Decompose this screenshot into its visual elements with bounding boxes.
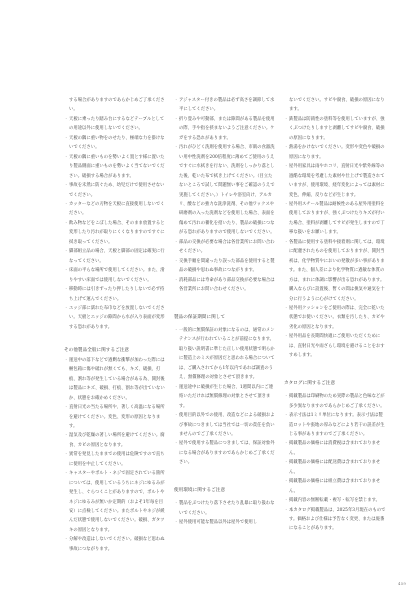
notice-item: ・汚れがひどく洗剤を使用する場合、市販の食器洗い用中性洗剤を200倍程度に薄めて… [174,143,276,238]
notice-item: ・鉄製品は防錆性の塗料等を使用していますが、強くぶつけたりしますと剥離してサビや… [284,115,386,143]
notice-text: 屋外用品を長期間快適にご使用いただくためには、直射日光や雨ざらし環境を避けること… [289,334,385,358]
bullet-icon: ・ [284,477,288,486]
bullet-icon: ・ [64,450,68,459]
notice-text: 使用目的以外での使用、改造などによる破損および事故につきましては当社では一切の責… [179,413,275,437]
bullet-icon: ・ [64,181,68,190]
page-number: 459 [398,581,406,586]
bullet-icon: ・ [64,403,68,412]
notice-item: ・カッターなどの刃物を天板に直接使用しないでください。 [64,200,166,219]
notice-text: 天板の隅に重い物をのせたり、極端な力を掛けないでください。 [69,136,165,150]
notice-item: ・屋外用スチール製品は耐候性のある屋外用塗料を使用しておりますが、強くぶつけたり… [284,200,386,238]
bullet-icon: ・ [64,285,68,294]
bullet-icon: ・ [64,356,68,365]
notice-text: 床面の平らな場所で使用してください。また、滑りやすい床面では使用しないでください… [69,268,165,282]
notice-item: ・掲載製品は印刷物のため実際の製品と色味などが多少異なりますのであらかじめご了承… [284,392,386,411]
notice-item: ・エッジ部に濡れた布巾などを放置しないでください。天板とエッジの隙間から水が入り… [64,304,166,332]
bullet-icon: ・ [284,200,288,209]
notice-text: 掲載製品の価格には配送費は含まれておりません。 [289,460,380,474]
catalog-notes-page: する場合がありますのであらかじめご了承ください。・天板に乗ったり踏み台にするなど… [0,0,420,594]
bullet-icon: ・ [284,162,288,171]
notice-item: ・移動時には引きずったり押したりしないで必ず持ち上げて運んでください。 [64,285,166,304]
notice-item: ・床面の平らな場所で使用してください。また、滑りやすい床面では使用しないでくださ… [64,266,166,285]
bullet-icon: ・ [64,304,68,313]
bullet-icon: ・ [284,496,288,505]
bullet-icon: ・ [284,506,288,515]
notice-continuation: する場合がありますのであらかじめご了承ください。 [64,96,166,115]
bullet-icon: ・ [284,411,288,420]
notice-item: ・掲載製品の価格には配送費は含まれておりません。 [284,458,386,477]
bullet-icon: ・ [64,469,68,478]
notice-item: ・キャスターやボルト・ネジで固定されている箇所については、使用しているうちにネジ… [64,469,166,535]
notice-item: ・本カタログ掲載製品は、2025年3月現在のものです。価格および仕様は予告なく変… [284,506,386,534]
notice-item: ・事故を未然に防ぐため、幼児だけで使用させないでください。 [64,181,166,200]
notice-text: アジャスター付きの製品は必ず高さを調節して水平にしてください。 [179,98,274,112]
bullet-icon: ・ [174,96,178,105]
notice-text: 飲み物などをこぼした場合、そのまま放置すると変形したり汚れが取りにくくなりますの… [69,221,165,245]
notice-item: ・表示寸法は1ミリ単位になります。表示寸法は製造ロットや張地の厚みなどにより若干… [284,411,386,439]
notice-item: ・天板に乗ったり踏み台にするなどテーブルとしての用途以外に使用しないでください。 [64,115,166,134]
notice-text: する場合がありますのであらかじめご了承ください。 [69,98,165,112]
notice-text: 本カタログ掲載製品は、2025年3月現在のものです。価格および仕様は予告なく変更… [289,508,386,532]
bullet-icon: ・ [174,238,178,247]
bullet-icon: ・ [64,115,68,124]
notice-item: ・折り畳みや可動部、または隙間がある製品を使用の際、手や指を挟まないようご注意く… [174,115,276,143]
notice-text: 脚部組立品の場合、天板と脚部の固定は確実に行なってください。 [69,249,165,263]
section-heading: 使用環境に関するご注意 [174,486,276,495]
bullet-icon: ・ [174,257,178,266]
notice-text: 掲載製品の価格には消費税は含まれておりません。 [289,441,380,455]
bullet-icon: ・ [64,134,68,143]
notice-text: 移動時には引きずったり押したりしないで必ず持ち上げて運んでください。 [69,287,164,301]
notice-item: ・分解や改造はしないでください。破損など思わぬ事故につながります。 [64,535,166,554]
notice-item: ・部品の交換が必要な場合は各営業所にお問い合わせください。 [174,238,276,257]
notice-text: 屋外使用可能な製品以外は屋外で使用し [179,520,257,525]
notice-item: ・天板の隅に重いものを勢いよく置とす様に置いたり製品側面に重いものを勢いよく当て… [64,153,166,181]
notice-item: ・屋外用家具は雨やホコリ、直射日光や紫外線等の過酷な環境を考慮した素材や仕上げで… [284,162,386,200]
notice-item: ・湿気及び乾燥の著しい場所を避けてください。腐食、カビの原因となります。 [64,431,166,450]
notice-text: 異常を発見したままでの使用は危険ですので直ちに使用を中止してください。 [69,452,165,466]
section-heading: その他製品全般に関するご注意 [64,346,166,355]
notice-item: ・飲み物などをこぼした場合、そのまま放置すると変形したり汚れが取りにくくなります… [64,219,166,247]
section-spacer [64,332,166,346]
bullet-icon: ・ [284,392,288,401]
notice-text: 天板の隅に重いものを勢いよく置とす様に置いたり製品側面に重いものを勢いよく当てな… [69,155,165,179]
notice-text: 折り畳みや可動部、または隙間がある製品を使用の際、手や指を挟まないようご注意くだ… [179,117,275,141]
bullet-icon: ・ [284,143,288,152]
notice-item: ・交換手順を間違ったり誤った部品を使用すると製品の破損や思わぬ事故につながります… [174,257,276,276]
bullet-icon: ・ [284,115,288,124]
bullet-icon: ・ [284,332,288,341]
notice-text: 部品の交換が必要な場合は各営業所にお問い合わせください。 [179,240,275,254]
notice-continuation: ないでください。サビや腐食、破損の原因になります。 [284,96,386,115]
bullet-icon: ・ [174,499,178,508]
notice-text: 事故を未然に防ぐため、幼児だけで使用させないでください。 [69,183,164,197]
bullet-icon: ・ [64,219,68,228]
bullet-icon: ・ [64,266,68,275]
bullet-icon: ・ [174,439,178,448]
notice-text: 取り扱い説明書に準じた正しい使用状態で明らかに製造上のミスが原因だと思われる場合… [179,347,275,380]
notice-text: 表示寸法は1ミリ単位になります。表示寸法は製造ロットや張地の厚みなどにより若干の… [289,413,385,437]
bullet-icon: ・ [174,411,178,420]
bullet-icon: ・ [64,431,68,440]
notice-text: 熱湯をかけないでください。変形や変色や破損の原因になります。 [289,145,385,159]
notice-text: ないでください。サビや腐食、破損の原因になります。 [289,98,385,112]
notice-item: ・熱湯をかけないでください。変形や変色や破損の原因になります。 [284,143,386,162]
notice-item: ・掲載製品の価格には組立費は含まれておりません。 [284,477,386,496]
notice-text: 屋外で使用する製品につきましては、保証対象外になる場合がありますのであらかじめご… [179,441,275,465]
bullet-icon: ・ [174,115,178,124]
notice-continuation: 取り扱い説明書に準じた正しい使用状態で明らかに製造上のミスが原因だと思われる場合… [174,345,276,383]
notice-item: ・使用目的以外での使用、改造などによる破損および事故につきましては当社では一切の… [174,411,276,439]
notice-text: 各製品に使用する塗料や接着剤に関しては、環境に配慮されたものを使用しておりますが… [289,240,385,302]
notice-text: カッターなどの刃物を天板に直接使用しないでください。 [69,202,165,216]
notice-item: ・一般的に無償保証の対象になるのは、通常のメンテナンスが行われていることが前提に… [174,326,276,345]
notice-item: ・屋外用クッションをご使用の際は、完全に乾いた状態でお使いください。衣類を汚した… [284,304,386,332]
notice-text: 汚れがひどく洗剤を使用する場合、市販の食器洗い用中性洗剤を200倍程度に薄めてご… [179,145,275,235]
section-spacer [174,468,276,486]
bullet-icon: ・ [64,200,68,209]
notice-item: ・屋外用品を長期間快適にご使用いただくためには、直射日光や雨ざらし環境を避けるこ… [284,332,386,360]
bullet-icon: ・ [174,383,178,392]
bullet-icon: ・ [174,143,178,152]
notice-text: 分解や改造はしないでください。破損など思わぬ事故につながります。 [69,537,165,551]
notice-text: 湿気及び乾燥の著しい場所を避けてください。腐食、カビの原因となります。 [69,433,165,447]
notice-item: ・天板の隅に重い物をのせたり、極端な力を掛けないでください。 [64,134,166,153]
notice-text: 運送途中に破損が生じた場合、1週間以内にご連絡いただければ無償修理の対象とさせて… [179,385,273,409]
bullet-icon: ・ [64,153,68,162]
bullet-icon: ・ [284,439,288,448]
bullet-icon: ・ [284,304,288,313]
notice-item: ・直射日光の当たる場所や、著しく高温になる場所を避けてください。変色、変形の原因… [64,403,166,431]
notice-text: 運送中の落下などで過剰な衝撃が加わった際には梱包箱に傷や破れが無くても、キズ、破… [69,358,165,401]
notice-item: ・各製品に使用する塗料や接着剤に関しては、環境に配慮されたものを使用しております… [284,238,386,304]
notice-item: ・運送中の落下などで過剰な衝撃が加わった際には梱包箱に傷や破れが無くても、キズ、… [64,356,166,403]
column-middle: ・アジャスター付きの製品は必ず高さを調節して水平にしてください。・折り畳みや可動… [174,96,276,528]
notice-item: ・掲載内容の無断転載・複写・転写を禁じます。 [284,496,386,505]
notice-item: ・掲載製品の価格には消費税は含まれておりません。 [284,439,386,458]
notice-text: 掲載製品は印刷物のため実際の製品と色味などが多少異なりますのであらかじめご了承く… [289,394,385,408]
notice-text: 掲載内容の無断転載・複写・転写を禁じます。 [289,498,380,503]
section-spacer [174,295,276,313]
notice-text: 屋外用スチール製品は耐候性のある屋外用塗料を使用しておりますが、強くぶつけたりキ… [289,202,385,235]
notice-item: ・アジャスター付きの製品は必ず高さを調節して水平にしてください。 [174,96,276,115]
section-spacer [284,361,386,379]
notice-text: 一般的に無償保証の対象になるのは、通常のメンテナンスが行われていることが前提にな… [179,328,275,342]
column-left: する場合がありますのであらかじめご了承ください。・天板に乗ったり踏み台にするなど… [64,96,166,554]
notice-item: ・異常を発見したままでの使用は危険ですので直ちに使用を中止してください。 [64,450,166,469]
notice-item: ・製品をぶつけたり落下させたり乱暴に取り扱わないでください。 [174,499,276,518]
notice-item: ・消耗部品には寿命があり部品交換が必要な場合は各営業所にお問い合わせください。 [174,276,276,295]
notice-text: 屋外用クッションをご使用の際は、完全に乾いた状態でお使いください。衣類を汚したり… [289,306,385,330]
notice-text: 製品をぶつけたり落下させたり乱暴に取り扱わないでください。 [179,501,275,515]
bullet-icon: ・ [284,458,288,467]
notice-text: キャスターやボルト・ネジで固定されている箇所については、使用しているうちにネジに… [69,471,165,533]
notice-text: 屋外用家具は雨やホコリ、直射日光や紫外線等の過酷な環境を考慮した素材や仕上げで製… [289,164,385,197]
bullet-icon: ・ [64,247,68,256]
section-heading: 製品の保証期間に関して [174,313,276,322]
section-heading: カタログに関するご注意 [284,379,386,388]
column-right: ないでください。サビや腐食、破損の原因になります。・鉄製品は防錆性の塗料等を使用… [284,96,386,534]
notice-item: ・運送途中に破損が生じた場合、1週間以内にご連絡いただければ無償修理の対象とさせ… [174,383,276,411]
notice-item: ・屋外使用可能な製品以外は屋外で使用し [174,518,276,527]
notice-text: エッジ部に濡れた布巾などを放置しないでください。天板とエッジの隙間から水が入り表… [69,306,165,330]
notice-text: 交換手順を間違ったり誤った部品を使用すると製品の破損や思わぬ事故につながります。 [179,259,275,273]
notice-text: 鉄製品は防錆性の塗料等を使用していますが、強くぶつけたりしますと剥離してサビや腐… [289,117,385,141]
notice-text: 掲載製品の価格には組立費は含まれておりません。 [289,479,380,493]
bullet-icon: ・ [174,326,178,335]
bullet-icon: ・ [174,276,178,285]
bullet-icon: ・ [174,518,178,527]
bullet-icon: ・ [64,535,68,544]
bullet-icon: ・ [284,238,288,247]
notice-item: ・屋外で使用する製品につきましては、保証対象外になる場合がありますのであらかじめ… [174,439,276,467]
notice-text: 天板に乗ったり踏み台にするなどテーブルとしての用途以外に使用しないでください。 [69,117,164,131]
notice-text: 消耗部品には寿命があり部品交換が必要な場合は各営業所にお問い合わせください。 [179,278,275,292]
notice-item: ・脚部組立品の場合、天板と脚部の固定は確実に行なってください。 [64,247,166,266]
notice-text: 直射日光の当たる場所や、著しく高温になる場所を避けてください。変色、変形の原因と… [69,405,165,429]
